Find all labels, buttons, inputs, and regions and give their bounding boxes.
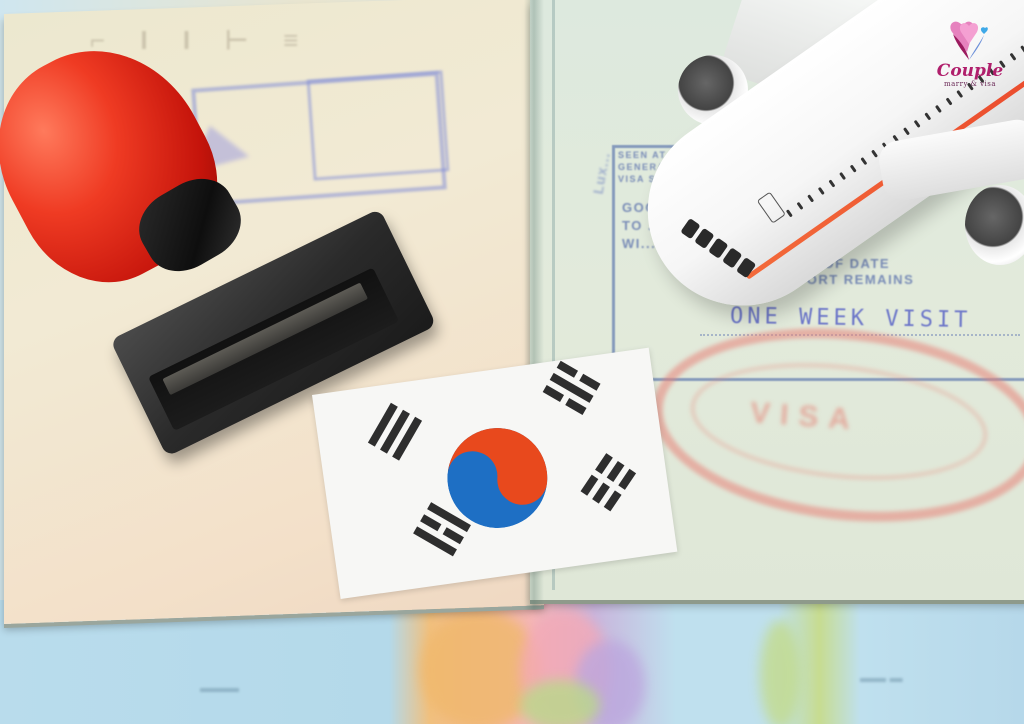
airplane-door xyxy=(757,192,786,224)
map-region xyxy=(520,680,600,724)
logo-tagline: marry & visa xyxy=(925,80,1015,88)
map-region-madagascar xyxy=(760,620,800,724)
taegeuk-symbol-icon xyxy=(444,425,551,532)
photo-scene: ▬▬▬ ▬▬ ▬ ⌐ I I ⊢ ≡ SEEN AT SE... GENERAL… xyxy=(0,0,1024,724)
trigram-gam-icon xyxy=(538,361,601,424)
heart-logo-icon xyxy=(947,18,993,62)
brand-logo[interactable]: Couple marry & visa xyxy=(925,18,1015,88)
faded-page-print: ⌐ I I ⊢ ≡ xyxy=(90,25,312,56)
trigram-gon-icon xyxy=(581,453,645,517)
map-label: ▬▬▬ xyxy=(200,680,239,695)
visa-handwritten-note: ONE WEEK VISIT xyxy=(730,304,972,333)
logo-name: Couple xyxy=(925,62,1015,80)
map-label: ▬▬ ▬ xyxy=(860,670,903,685)
trigram-geon-icon xyxy=(368,403,431,466)
faded-entry-stamp xyxy=(307,70,450,180)
